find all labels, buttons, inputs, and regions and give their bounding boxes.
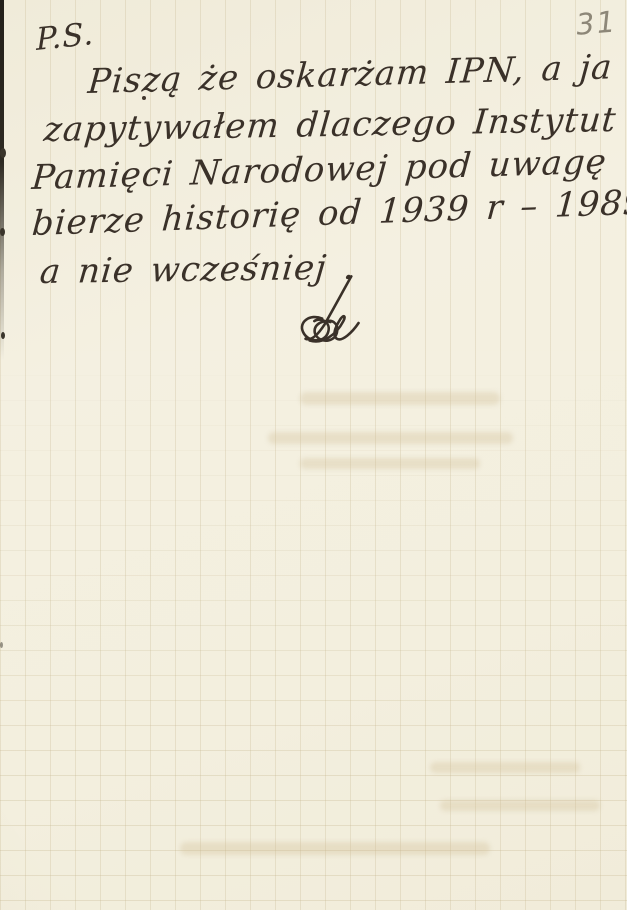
ink-bleed-through [440, 800, 600, 811]
ink-bleed-through [300, 392, 500, 405]
edge-speck [1, 332, 5, 339]
ink-bleed-through [300, 458, 480, 469]
scanned-notebook-page: 31 P.S. Piszą że oskarżam IPN, a ja zapy… [0, 0, 627, 910]
handwritten-line: zapytywałem dlaczego Instytut [42, 100, 618, 150]
ink-bleed-through [430, 762, 580, 773]
edge-speck [0, 148, 6, 158]
signature-flourish-icon [285, 269, 375, 363]
ink-bleed-through [180, 842, 490, 855]
page-number: 31 [575, 4, 619, 41]
scan-edge-artifact [0, 0, 4, 360]
ink-bleed-through [268, 432, 513, 444]
handwritten-line: Piszą że oskarżam IPN, a ja [86, 47, 614, 102]
edge-speck [0, 642, 3, 648]
postscript-label: P.S. [35, 16, 94, 58]
edge-speck [0, 228, 5, 236]
